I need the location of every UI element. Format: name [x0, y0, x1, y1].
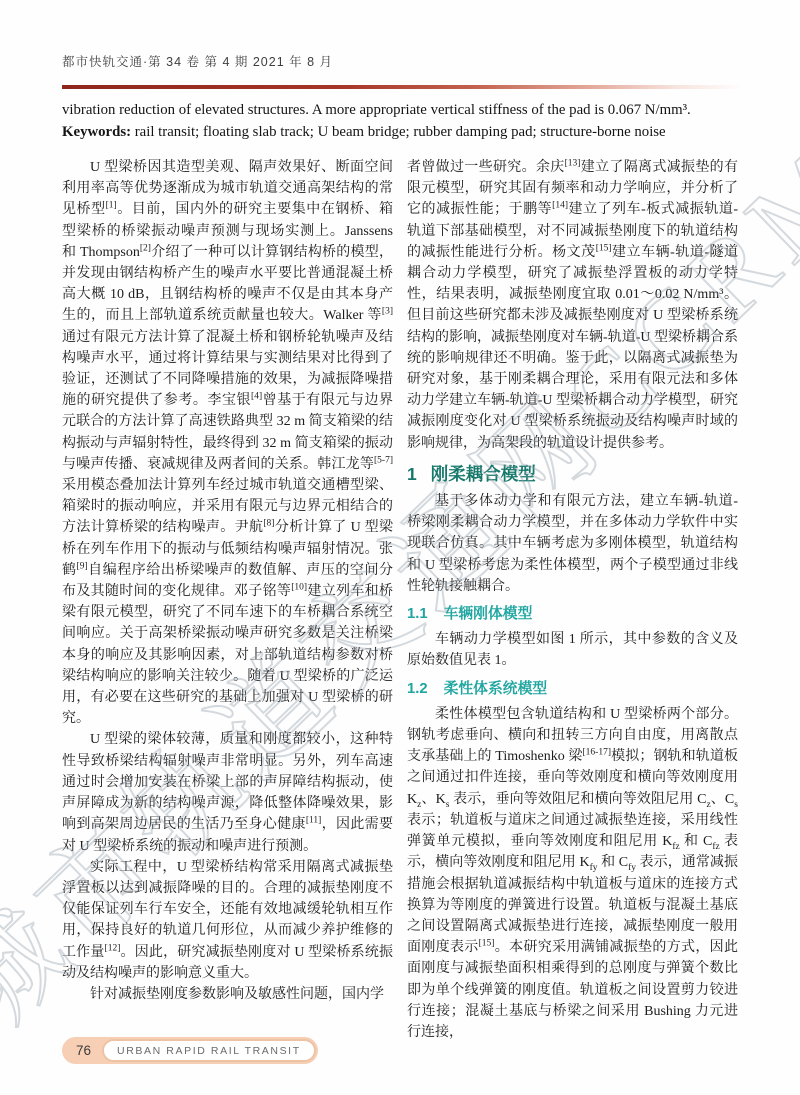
left-column: U 型梁桥因其造型美观、隔声效果好、断面空间利用率高等优势逐渐成为城市轨道交通高… — [62, 157, 393, 1005]
section-number: 1.2 — [407, 681, 428, 697]
keywords-line: Keywords: rail transit; floating slab tr… — [62, 121, 745, 143]
body-paragraph: 柔性体模型包含轨道结构和 U 型梁桥两个部分。钢轨考虑垂向、横向和扭转三方向自由… — [407, 704, 738, 1043]
body-paragraph: 基于多体动力学和有限元方法，建立车辆-轨道-桥梁刚柔耦合动力学模型，并在多体动力… — [407, 491, 738, 597]
abstract-last-line: vibration reduction of elevated structur… — [62, 99, 745, 121]
right-column: 者曾做过一些研究。余庆[13]建立了隔离式减振垫的有限元模型，研究其固有频率和动… — [407, 157, 738, 1043]
journal-header-line: 都市快轨交通·第 34 卷 第 4 期 2021 年 8 月 — [62, 52, 742, 70]
abstract-block: vibration reduction of elevated structur… — [62, 99, 745, 143]
keywords-label: Keywords: — [62, 124, 131, 140]
body-paragraph: 者曾做过一些研究。余庆[13]建立了隔离式减振垫的有限元模型，研究其固有频率和动… — [407, 157, 738, 454]
body-paragraph: 实际工程中，U 型梁桥结构常采用隔离式减振垫浮置板以达到减振降噪的目的。合理的减… — [62, 857, 393, 984]
footer-page-badge: 76 URBAN RAPID RAIL TRANSIT — [62, 1037, 318, 1064]
body-paragraph: 针对减振垫刚度参数影响及敏感性问题，国内学 — [62, 984, 393, 1005]
paper-page: 都市快轨交通·第 34 卷 第 4 期 2021 年 8 月 vibration… — [0, 0, 800, 1095]
section-heading-1: 1刚柔耦合模型 — [407, 464, 738, 485]
body-paragraph: U 型梁的梁体较薄，质量和刚度都较小，这种特性导致桥梁结构辐射噪声非常明显。另外… — [62, 729, 393, 856]
page-number: 76 — [62, 1043, 102, 1058]
keywords-text: rail transit; floating slab track; U bea… — [131, 124, 666, 140]
header-divider-rule — [62, 85, 745, 89]
subsection-heading-1-1: 1.1车辆刚体模型 — [407, 604, 738, 625]
body-paragraph: 车辆动力学模型如图 1 所示，其中参数的含义及原始数值见表 1。 — [407, 629, 738, 671]
section-title: 刚柔耦合模型 — [431, 464, 536, 484]
journal-name-english: URBAN RAPID RAIL TRANSIT — [102, 1039, 316, 1062]
section-number: 1.1 — [407, 606, 428, 622]
subsection-heading-1-2: 1.2柔性体系统模型 — [407, 679, 738, 700]
section-title: 柔性体系统模型 — [444, 681, 548, 697]
body-paragraph: U 型梁桥因其造型美观、隔声效果好、断面空间利用率高等优势逐渐成为城市轨道交通高… — [62, 157, 393, 729]
section-number: 1 — [407, 464, 417, 484]
section-title: 车辆刚体模型 — [444, 606, 533, 622]
